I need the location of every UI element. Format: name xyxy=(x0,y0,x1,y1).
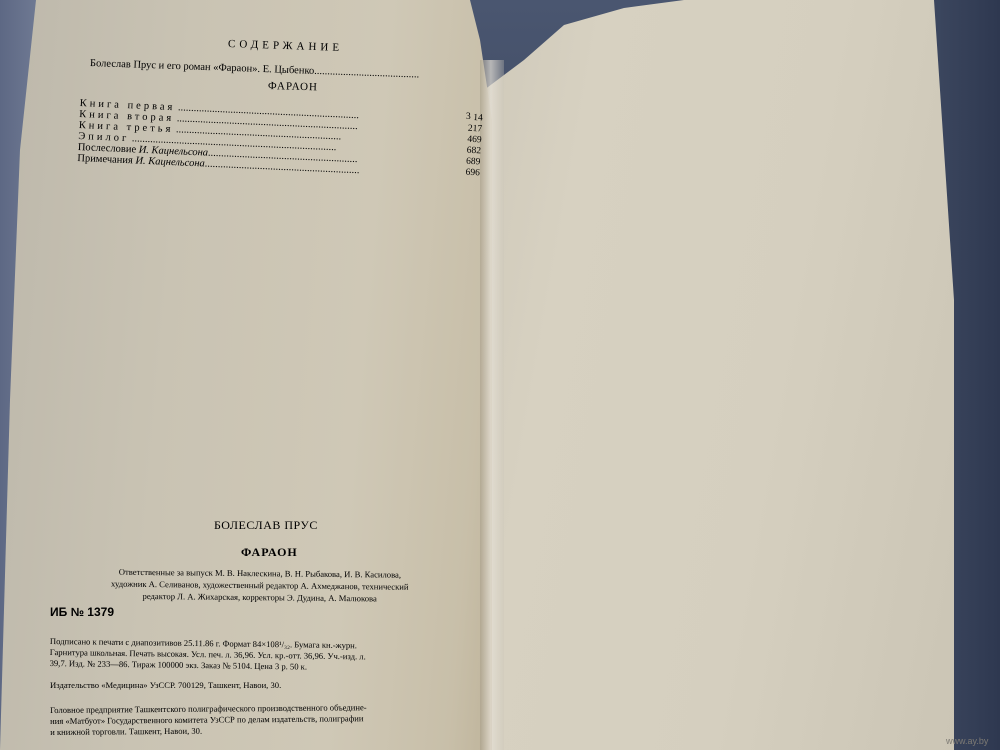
colophon-credits: Ответственные за выпуск М. В. Наклескина… xyxy=(50,565,470,605)
toc-intro-text: Болеслав Прус и его роман «Фараон». Е. Ц… xyxy=(90,58,315,77)
watermark: www.ay.by xyxy=(946,736,988,746)
leader-dots: ........................................ xyxy=(314,66,419,81)
ib-number: ИБ № 1379 xyxy=(50,605,114,619)
print-info: Подписано к печати с диапозитивов 25.11.… xyxy=(50,636,470,675)
left-page-content: СОДЕРЖАНИЕ Болеслав Прус и его роман «Фа… xyxy=(0,0,492,750)
colophon-author: БОЛЕСЛАВ ПРУС xyxy=(214,518,318,533)
toc-page-numbers: 14 217 469 682 689 696 xyxy=(452,112,483,179)
toc-heading: СОДЕРЖАНИЕ xyxy=(228,38,343,54)
printer-info: Головное предприятие Ташкентского полигр… xyxy=(50,701,480,738)
toc-intro-entry: Болеслав Прус и его роман «Фараон». Е. Ц… xyxy=(90,58,420,80)
colophon-title: ФАРАОН xyxy=(241,545,298,560)
publisher-info: Издательство «Медицина» УзССР. 700129, Т… xyxy=(50,680,281,690)
right-page-blank xyxy=(484,0,954,750)
toc-list: Книга первая ...........................… xyxy=(77,98,460,181)
toc-section-title: ФАРАОН xyxy=(268,80,318,93)
